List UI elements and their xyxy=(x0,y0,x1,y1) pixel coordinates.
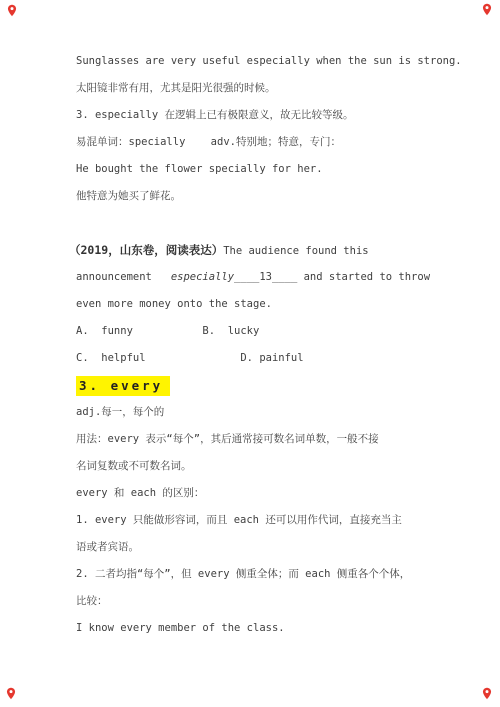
exam-keyword-italic: especially xyxy=(171,271,234,283)
exam-stem-post: and started to throw xyxy=(297,271,430,283)
exam-stem-line-1: （2019，山东卷，阅读表达）The audience found this xyxy=(69,237,482,264)
document-body: Sunglasses are very useful especially wh… xyxy=(76,48,482,642)
specially-example-zh: 他特意为她买了鲜花。 xyxy=(76,183,482,210)
diff-point-2-line-2: 比较： xyxy=(76,588,482,615)
section-heading-every: 3. every xyxy=(76,376,170,396)
exam-stem-line-3: even more money onto the stage. xyxy=(76,291,482,318)
exam-source-label: （2019，山东卷，阅读表达） xyxy=(69,243,223,257)
exam-blank-13: ____13____ xyxy=(234,271,297,283)
exam-stem-pre: announcement xyxy=(76,271,171,283)
exam-stem-text-1: The audience found this xyxy=(223,245,368,257)
corner-pin-bottom-left-icon xyxy=(5,687,17,700)
example-sentence-zh: 太阳镜非常有用，尤其是阳光很强的时候。 xyxy=(76,75,482,102)
blank-line xyxy=(76,210,482,237)
exam-options-row-2: C. helpful D. painful xyxy=(76,345,482,372)
specially-example-en: He bought the flower specially for her. xyxy=(76,156,482,183)
diff-point-1-line-1: 1. every 只能做形容词，而且 each 还可以用作代词，直接充当主 xyxy=(76,507,482,534)
document-page: Sunglasses are very useful especially wh… xyxy=(0,0,500,707)
every-pos-line: adj.每一，每个的 xyxy=(76,399,482,426)
example-sentence-en: Sunglasses are very useful especially wh… xyxy=(76,48,482,75)
every-usage-line-2: 名词复数或不可数名词。 xyxy=(76,453,482,480)
corner-pin-bottom-right-icon xyxy=(481,687,493,700)
diff-point-2-line-1: 2. 二者均指“每个”，但 every 侧重全体；而 each 侧重各个个体， xyxy=(76,561,482,588)
every-example-sentence: I know every member of the class. xyxy=(76,615,482,642)
every-each-diff-title: every 和 each 的区别： xyxy=(76,480,482,507)
exam-stem-line-2: announcement especially____13____ and st… xyxy=(76,264,482,291)
section-heading-line: 3. every xyxy=(76,372,482,399)
especially-note-3: 3. especially 在逻辑上已有极限意义，故无比较等级。 xyxy=(76,102,482,129)
corner-pin-top-left-icon xyxy=(6,4,18,17)
corner-pin-top-right-icon xyxy=(481,3,493,16)
confusable-word-line: 易混单词：specially adv.特别地；特意，专门： xyxy=(76,129,482,156)
every-usage-line-1: 用法：every 表示“每个”，其后通常接可数名词单数，一般不接 xyxy=(76,426,482,453)
exam-options-row-1: A. funny B. lucky xyxy=(76,318,482,345)
diff-point-1-line-2: 语或者宾语。 xyxy=(76,534,482,561)
